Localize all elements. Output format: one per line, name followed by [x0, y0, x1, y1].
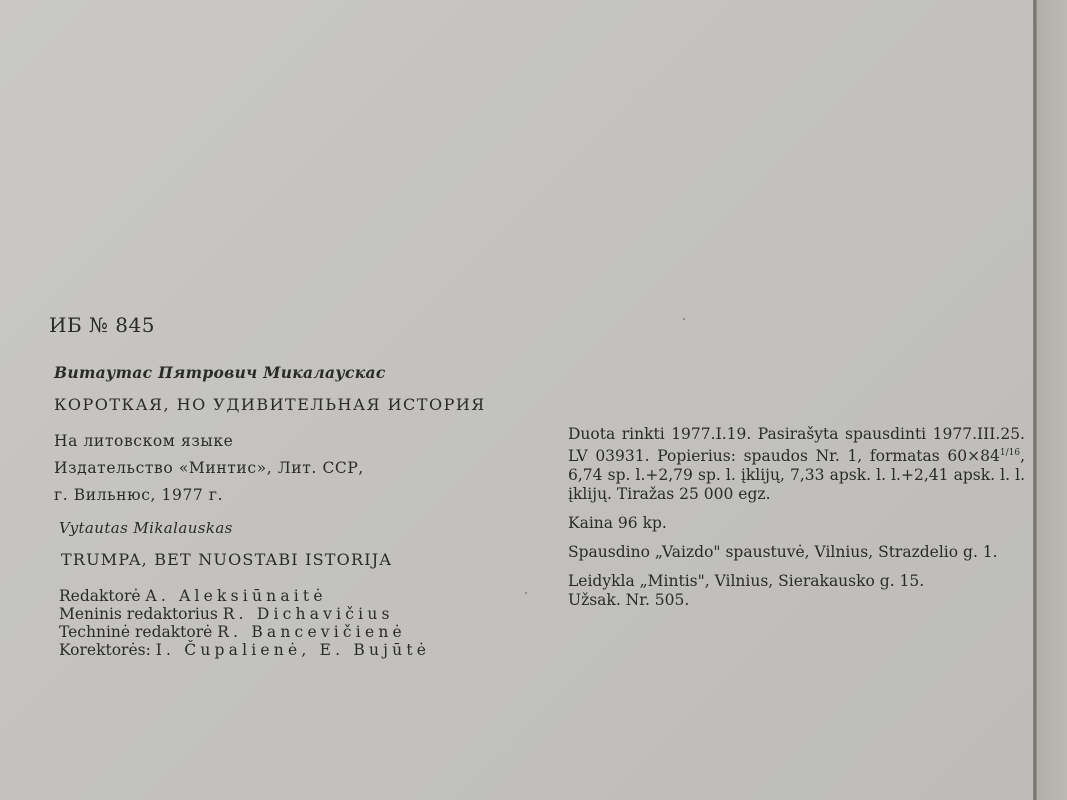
adjacent-page — [1037, 0, 1067, 800]
credit-editor: Redaktorė A. Aleksiūnaitė — [59, 587, 327, 605]
credit-name: R. Dichavičius — [223, 605, 394, 623]
paper-speck — [683, 318, 685, 320]
book-title-lithuanian: TRUMPA, BET NUOSTABI ISTORIJA — [61, 550, 392, 569]
ib-number: ИБ № 845 — [49, 313, 155, 337]
book-title-russian: КОРОТКАЯ, НО УДИВИТЕЛЬНАЯ ИСТОРИЯ — [54, 395, 486, 414]
author-name-lithuanian: Vytautas Mikalauskas — [59, 519, 233, 537]
credit-technical-editor: Techninė redaktorė R. Bancevičienė — [59, 623, 406, 641]
credit-name: I. Čupalienė, E. Bujūtė — [156, 641, 430, 659]
credit-art-editor: Meninis redaktorius R. Dichavičius — [59, 605, 394, 623]
credit-proofreaders: Korektorės: I. Čupalienė, E. Bujūtė — [59, 641, 430, 659]
format-fraction: 1/16 — [1000, 448, 1020, 458]
language-note: На литовском языке — [54, 432, 233, 450]
printing-details: Duota rinkti 1977.I.19. Pasirašyta spaus… — [568, 425, 1025, 504]
credit-name: A. Aleksiūnaitė — [145, 587, 326, 605]
publisher-lithuanian: Leidykla „Mintis", Vilnius, Sierakausko … — [568, 572, 1025, 591]
publisher-russian: Издательство «Минтис», Лит. ССР, — [54, 459, 364, 477]
credit-name: R. Bancevičienė — [217, 623, 406, 641]
imprint-details: Duota rinkti 1977.I.19. Pasirašyta spaus… — [568, 425, 1025, 610]
order-number: Užsak. Nr. 505. — [568, 591, 1025, 610]
credit-role: Redaktorė — [59, 587, 141, 605]
price: Kaina 96 kp. — [568, 514, 1025, 533]
credit-role: Techninė redaktorė — [59, 623, 212, 641]
author-name-russian: Витаутас Пятрович Микалаускас — [54, 363, 386, 382]
printer-info: Spausdino „Vaizdo" spaustuvė, Vilnius, S… — [568, 543, 1025, 562]
city-year-russian: г. Вильнюс, 1977 г. — [54, 486, 223, 504]
credit-role: Meninis redaktorius — [59, 605, 218, 623]
credit-role: Korektorės: — [59, 641, 151, 659]
paper-speck — [525, 592, 527, 594]
book-page: ИБ № 845 Витаутас Пятрович Микалаускас К… — [0, 0, 1035, 800]
